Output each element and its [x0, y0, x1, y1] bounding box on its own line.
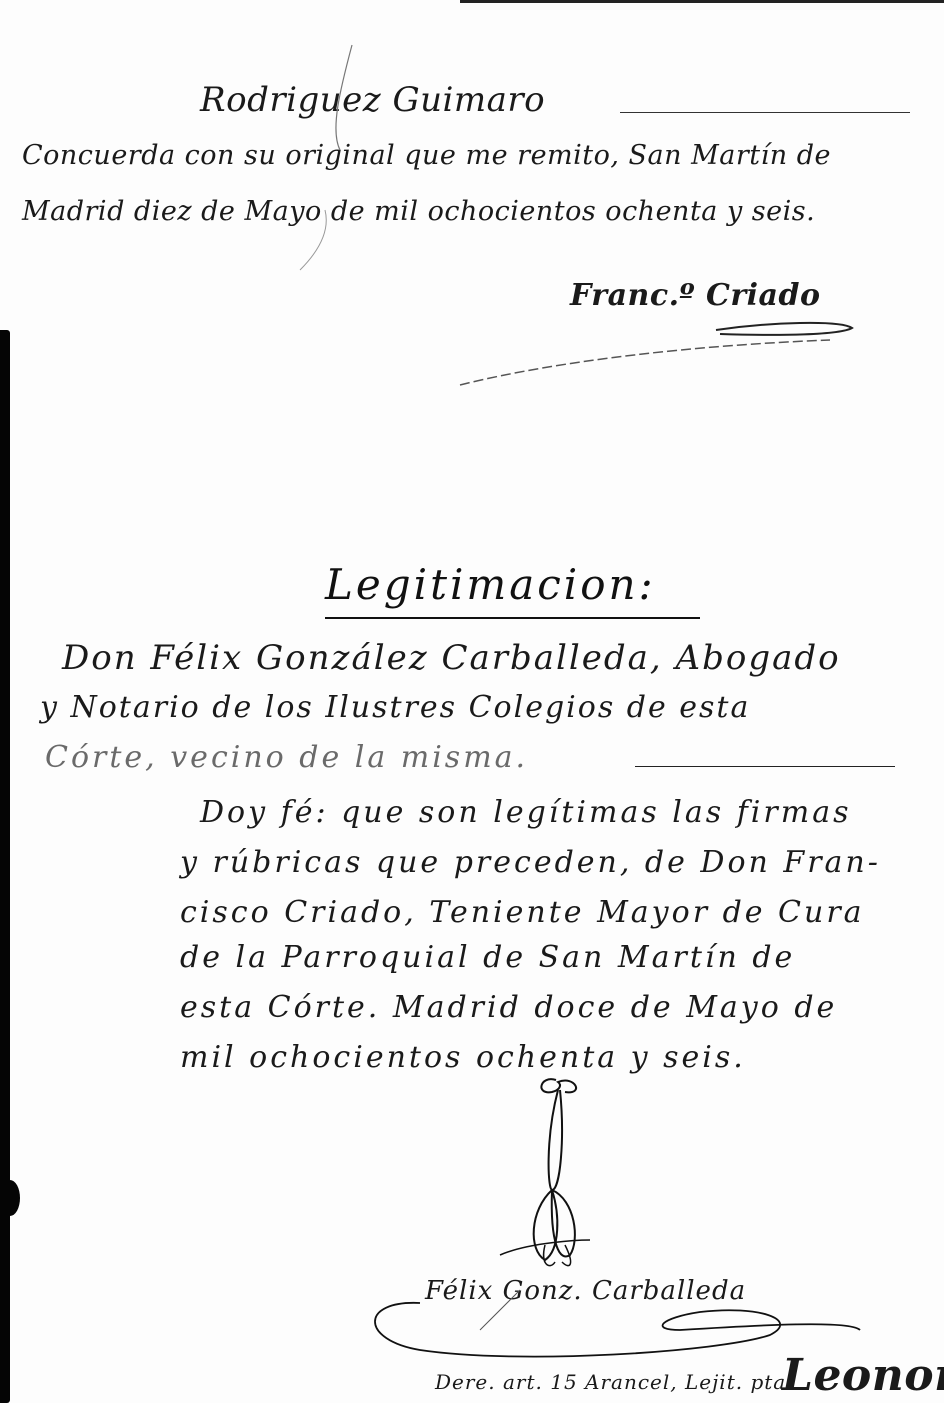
document-page: Rodriguez Guimaro Concuerda con su origi… [0, 0, 944, 1403]
stamp-signature: Leonor [782, 1350, 944, 1401]
signature-flourish-icon [0, 0, 944, 1403]
fee-note: Dere. art. 15 Arancel, Lejit. pta. [435, 1370, 794, 1394]
